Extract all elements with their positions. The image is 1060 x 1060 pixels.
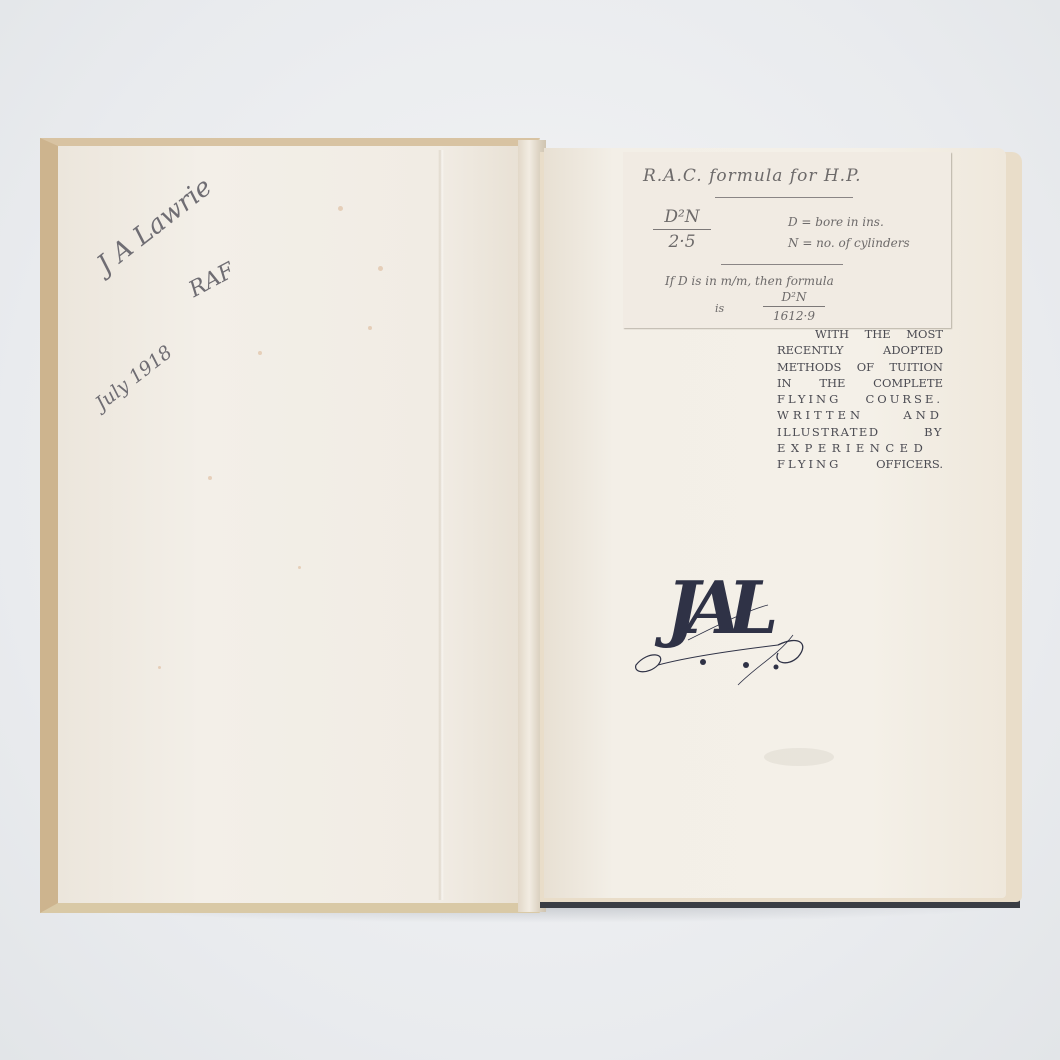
smudge bbox=[764, 748, 834, 766]
pasted-note-card: R.A.C. formula for H.P. D²N 2·5 D = bore… bbox=[623, 152, 951, 328]
printed-line: WRITTEN AND bbox=[777, 407, 943, 423]
foxing-spot bbox=[208, 476, 212, 480]
endpaper-crease bbox=[438, 150, 444, 900]
note-rule bbox=[715, 197, 853, 198]
formula2-denominator: 1612·9 bbox=[763, 309, 825, 323]
fraction-bar bbox=[763, 306, 825, 307]
printed-line: IN THE COMPLETE bbox=[777, 375, 943, 391]
foxing-spot bbox=[158, 666, 161, 669]
foxing-spot bbox=[368, 326, 372, 330]
formula-numerator: D²N bbox=[653, 207, 711, 227]
foxing-spot bbox=[258, 351, 262, 355]
definition-n: N = no. of cylinders bbox=[788, 236, 910, 250]
formula-denominator: 2·5 bbox=[653, 232, 711, 252]
foxing-spot bbox=[298, 566, 301, 569]
note-title: R.A.C. formula for H.P. bbox=[643, 166, 861, 186]
note-rule bbox=[721, 264, 843, 265]
formula2-numerator: D²N bbox=[763, 290, 825, 304]
definition-d: D = bore in ins. bbox=[788, 215, 884, 229]
conversion-note: If D is in m/m, then formula bbox=[665, 274, 834, 288]
monogram-letters: JAL bbox=[666, 565, 765, 650]
printed-line: FLYING OFFICERS. bbox=[777, 456, 943, 472]
printed-line: WITH THE MOST bbox=[777, 326, 943, 342]
printed-line: FLYING COURSE. bbox=[777, 391, 943, 407]
ink-monogram: JAL bbox=[628, 565, 813, 690]
foxing-spot bbox=[338, 206, 343, 211]
printed-line: EXPERIENCED bbox=[777, 440, 943, 456]
hp-formula: D²N 2·5 bbox=[653, 207, 711, 252]
metric-formula: D²N 1612·9 bbox=[763, 290, 825, 323]
printed-line: ILLUSTRATED BY bbox=[777, 424, 943, 440]
printed-text-block: WITH THE MOST RECENTLY ADOPTED METHODS O… bbox=[777, 326, 943, 473]
printed-line: METHODS OF TUITION bbox=[777, 359, 943, 375]
conversion-is: is bbox=[715, 302, 724, 315]
foxing-spot bbox=[378, 266, 383, 271]
fraction-bar bbox=[653, 229, 711, 230]
printed-line: RECENTLY ADOPTED bbox=[777, 342, 943, 358]
